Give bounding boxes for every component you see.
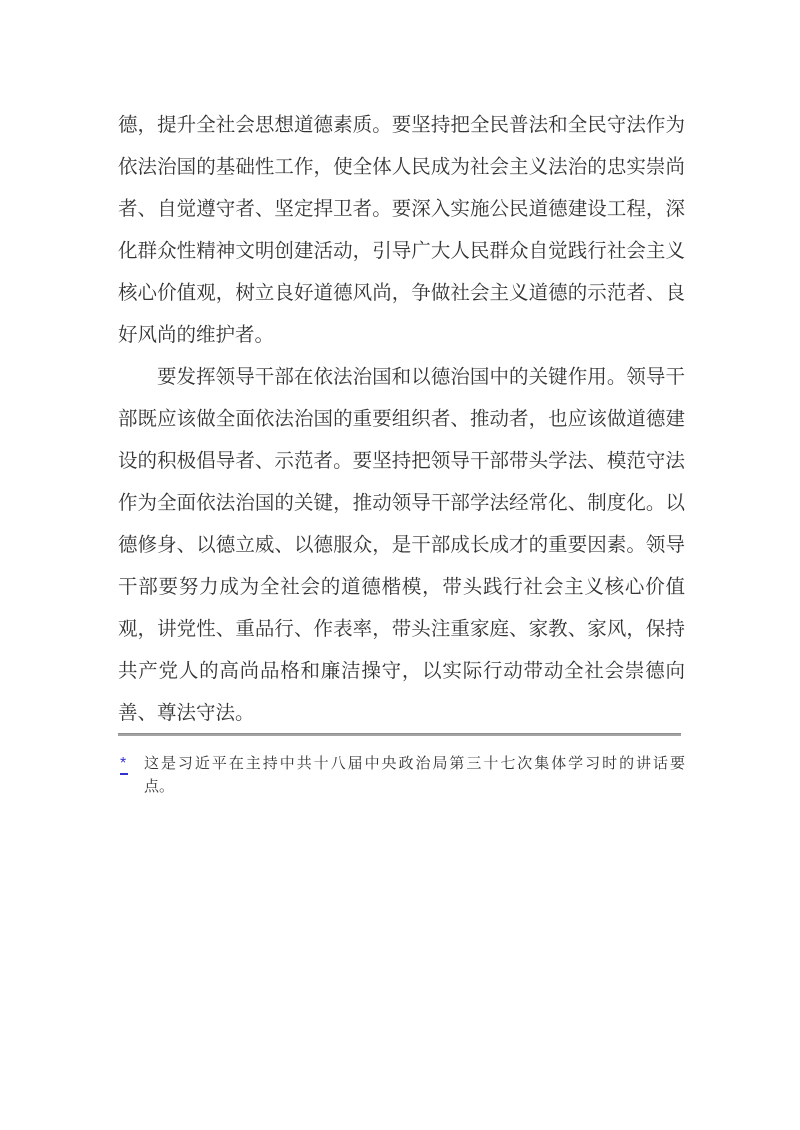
text-line: 干部要努力成为全社会的道德楷模，带头践行社会主义核心价值	[118, 566, 685, 608]
document-body: 德，提升全社会思想道德素质。要坚持把全民普法和全民守法作为 依法治国的基础性工作…	[118, 104, 685, 734]
text-line: 德，提升全社会思想道德素质。要坚持把全民普法和全民守法作为	[118, 104, 685, 146]
text-line: 德修身、以德立威、以德服众，是干部成长成才的重要因素。领导	[118, 524, 685, 566]
text-line: 共产党人的高尚品格和廉洁操守，以实际行动带动全社会崇德向	[118, 650, 685, 692]
text-line: 部既应该做全面依法治国的重要组织者、推动者，也应该做道德建	[118, 398, 685, 440]
footnote-line: 这是习近平在主持中共十八届中央政治局第三十七次集体学习时的讲话要	[144, 752, 685, 775]
text-line: 依法治国的基础性工作，使全体人民成为社会主义法治的忠实崇尚	[118, 146, 685, 188]
text-line: 核心价值观，树立良好道德风尚，争做社会主义道德的示范者、良	[118, 272, 685, 314]
text-line: 观，讲党性、重品行、作表率，带头注重家庭、家教、家风，保持	[118, 608, 685, 650]
footnote-line: 点。	[144, 775, 685, 798]
text-line: 设的积极倡导者、示范者。要坚持把领导干部带头学法、模范守法	[118, 440, 685, 482]
text-line: 要发挥领导干部在依法治国和以德治国中的关键作用。领导干	[118, 356, 685, 398]
text-line: 善、尊法守法。	[118, 692, 685, 734]
document-page: 德，提升全社会思想道德素质。要坚持把全民普法和全民守法作为 依法治国的基础性工作…	[0, 0, 800, 1130]
text-line: 好风尚的维护者。	[118, 314, 685, 356]
footnote-text: 这是习近平在主持中共十八届中央政治局第三十七次集体学习时的讲话要 点。	[144, 752, 685, 798]
paragraph: 要发挥领导干部在依法治国和以德治国中的关键作用。领导干 部既应该做全面依法治国的…	[118, 356, 685, 734]
footnote-marker-link[interactable]: *	[120, 757, 128, 775]
footnote: * 这是习近平在主持中共十八届中央政治局第三十七次集体学习时的讲话要 点。	[118, 752, 685, 798]
text-line: 作为全面依法治国的关键，推动领导干部学法经常化、制度化。以	[118, 482, 685, 524]
text-line: 者、自觉遵守者、坚定捍卫者。要深入实施公民道德建设工程，深	[118, 188, 685, 230]
text-line: 化群众性精神文明创建活动，引导广大人民群众自觉践行社会主义	[118, 230, 685, 272]
footnote-divider	[118, 733, 681, 736]
paragraph: 德，提升全社会思想道德素质。要坚持把全民普法和全民守法作为 依法治国的基础性工作…	[118, 104, 685, 356]
